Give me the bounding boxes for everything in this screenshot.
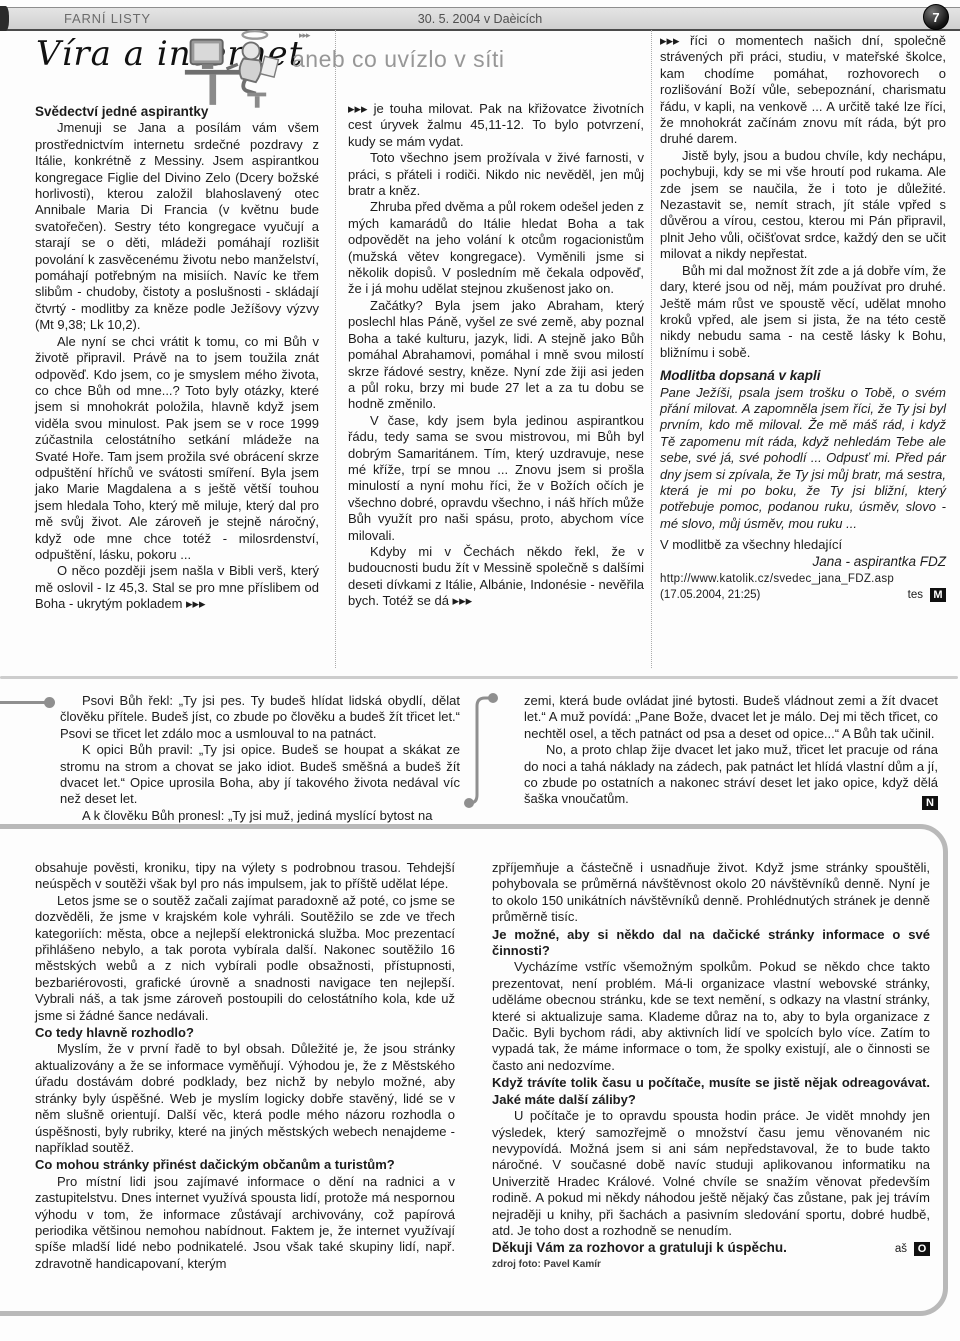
fable-lead-line <box>0 701 46 704</box>
article-column-3: ▸▸▸ říci o momentech našich dní, společn… <box>660 33 946 602</box>
page-header: FARNÍ LISTY 30. 5. 2004 v Daèicích 7 <box>0 7 960 31</box>
paragraph: Pro místní lidi jsou zajímavé informace … <box>35 1174 455 1272</box>
interview-column-left: obsahuje pověsti, kroniku, tipy na výlet… <box>35 860 455 1272</box>
paragraph: Bůh mi dal možnost žít zde a já dobře ví… <box>660 263 946 361</box>
paragraph: O něco později jsem našla v Bibli verš, … <box>35 563 319 612</box>
column-divider <box>651 30 652 668</box>
author-mark-n: N <box>922 796 938 810</box>
paragraph: Pane Ježíši, psala jsem trošku o Tobě, o… <box>660 385 946 533</box>
paragraph: Vycházíme vstříc všemožným spolkům. Poku… <box>492 959 930 1074</box>
paragraph: Zhruba před dvěma a půl rokem odešel jed… <box>348 199 644 297</box>
paragraph: K opici Bůh pravil: „Ty jsi opice. Budeš… <box>60 742 460 808</box>
section-divider <box>0 676 958 679</box>
paragraph: Myslím, že v první řadě to byl obsah. Dů… <box>35 1041 455 1156</box>
source-credit-row: (17.05.2004, 21:25) tes M <box>660 588 946 602</box>
author-mark-m: M <box>930 588 946 602</box>
paragraph: Svědectví jedné aspirantky <box>35 104 319 120</box>
paragraph: zpříjemňuje a částečně i usnadňuje život… <box>492 860 930 926</box>
paragraph: Kdyby mi v Čechách někdo řekl, že v budo… <box>348 544 644 610</box>
author-mark-o: O <box>914 1242 930 1256</box>
newsletter-page: FARNÍ LISTY 30. 5. 2004 v Daèicích 7 Vír… <box>0 0 960 1341</box>
fable-column-connector <box>464 691 500 817</box>
article-column-1: Svědectví jedné aspirantkyJmenuji se Jan… <box>35 104 319 613</box>
continuation-arrows-icon: ▸▸▸ <box>299 30 310 41</box>
paragraph: Je možné, aby si někdo dal na dačické st… <box>492 927 930 960</box>
article-column-2: ▸▸▸ je touha milovat. Pak na křižovatce … <box>348 101 644 610</box>
article-column-3-text: ▸▸▸ říci o momentech našich dní, společn… <box>660 33 946 587</box>
paragraph: zemi, která bude ovládat jiné bytosti. B… <box>524 693 938 742</box>
paragraph: Když trávíte tolik času u počítače, musí… <box>492 1075 930 1108</box>
issue-date: 30. 5. 2004 v Daèicích <box>0 12 960 26</box>
source-timestamp: (17.05.2004, 21:25) <box>660 589 760 601</box>
fable-lead-dot <box>44 697 55 708</box>
paragraph: Toto všechno jsem prožívala v živé farno… <box>348 150 644 199</box>
paragraph: Psovi Bůh řekl: „Ty jsi pes. Ty budeš hl… <box>60 693 460 742</box>
editor-initials: tes <box>908 589 923 601</box>
paragraph: U počítače je to opravdu spousta hodin p… <box>492 1108 930 1239</box>
fable-column-right-text: zemi, která bude ovládat jiné bytosti. B… <box>524 693 938 808</box>
paragraph: Jistě byly, jsou a budou chvíle, kdy nec… <box>660 148 946 263</box>
fable-column-left: Psovi Bůh řekl: „Ty jsi pes. Ty budeš hl… <box>60 693 460 824</box>
paragraph: Modlitba dopsaná v kapli <box>660 368 946 384</box>
article-subtitle: aneb co uvízlo v síti <box>292 46 505 73</box>
interview-column-right-text: zpříjemňuje a částečně i usnadňuje život… <box>492 860 930 1239</box>
paragraph: ▸▸▸ je touha milovat. Pak na křižovatce … <box>348 101 644 150</box>
paragraph: Co tedy hlavně rozhodlo? <box>35 1025 455 1041</box>
paragraph: Co mohou stránky přinést dačickým občanů… <box>35 1157 455 1173</box>
paragraph: Jana - aspirantka FDZ <box>660 554 946 570</box>
column-divider <box>335 30 336 668</box>
paragraph: http://www.katolik.cz/svedec_jana_FDZ.as… <box>660 571 946 587</box>
paragraph: Jmenuji se Jana a posílám vám všem prost… <box>35 120 319 333</box>
interview-closing-row: Děkuji Vám za rozhovor a gratuluji k úsp… <box>492 1240 930 1256</box>
paragraph: A k člověku Bůh pronesl: „Ty jsi muž, je… <box>60 808 460 824</box>
closing-thanks: Děkuji Vám za rozhovor a gratuluji k úsp… <box>492 1240 787 1255</box>
editor-credit: tes M <box>908 588 946 602</box>
paragraph: Ale nyní se chci vrátit k tomu, co mi Bů… <box>35 334 319 564</box>
paragraph: obsahuje pověsti, kroniku, tipy na výlet… <box>35 860 455 893</box>
editor-initials: aš <box>895 1243 907 1255</box>
interview-column-right: zpříjemňuje a částečně i usnadňuje život… <box>492 860 930 1270</box>
angel-at-computer-illustration <box>183 26 287 110</box>
editor-credit: aš O <box>895 1242 930 1256</box>
paragraph: V modlitbě za všechny hledající <box>660 537 946 553</box>
fable-column-right: zemi, která bude ovládat jiné bytosti. B… <box>524 693 938 811</box>
paragraph: ▸▸▸ říci o momentech našich dní, společn… <box>660 33 946 148</box>
paragraph: V čase, kdy jsem byla jedinou aspirantko… <box>348 413 644 544</box>
paragraph: Začátky? Byla jsem jako Abraham, který p… <box>348 298 644 413</box>
photo-credit: zdroj foto: Pavel Kamír <box>492 1259 930 1270</box>
page-number-badge: 7 <box>923 4 949 30</box>
paragraph: Letos jsme se o soutěž začali zajímat pa… <box>35 893 455 1024</box>
